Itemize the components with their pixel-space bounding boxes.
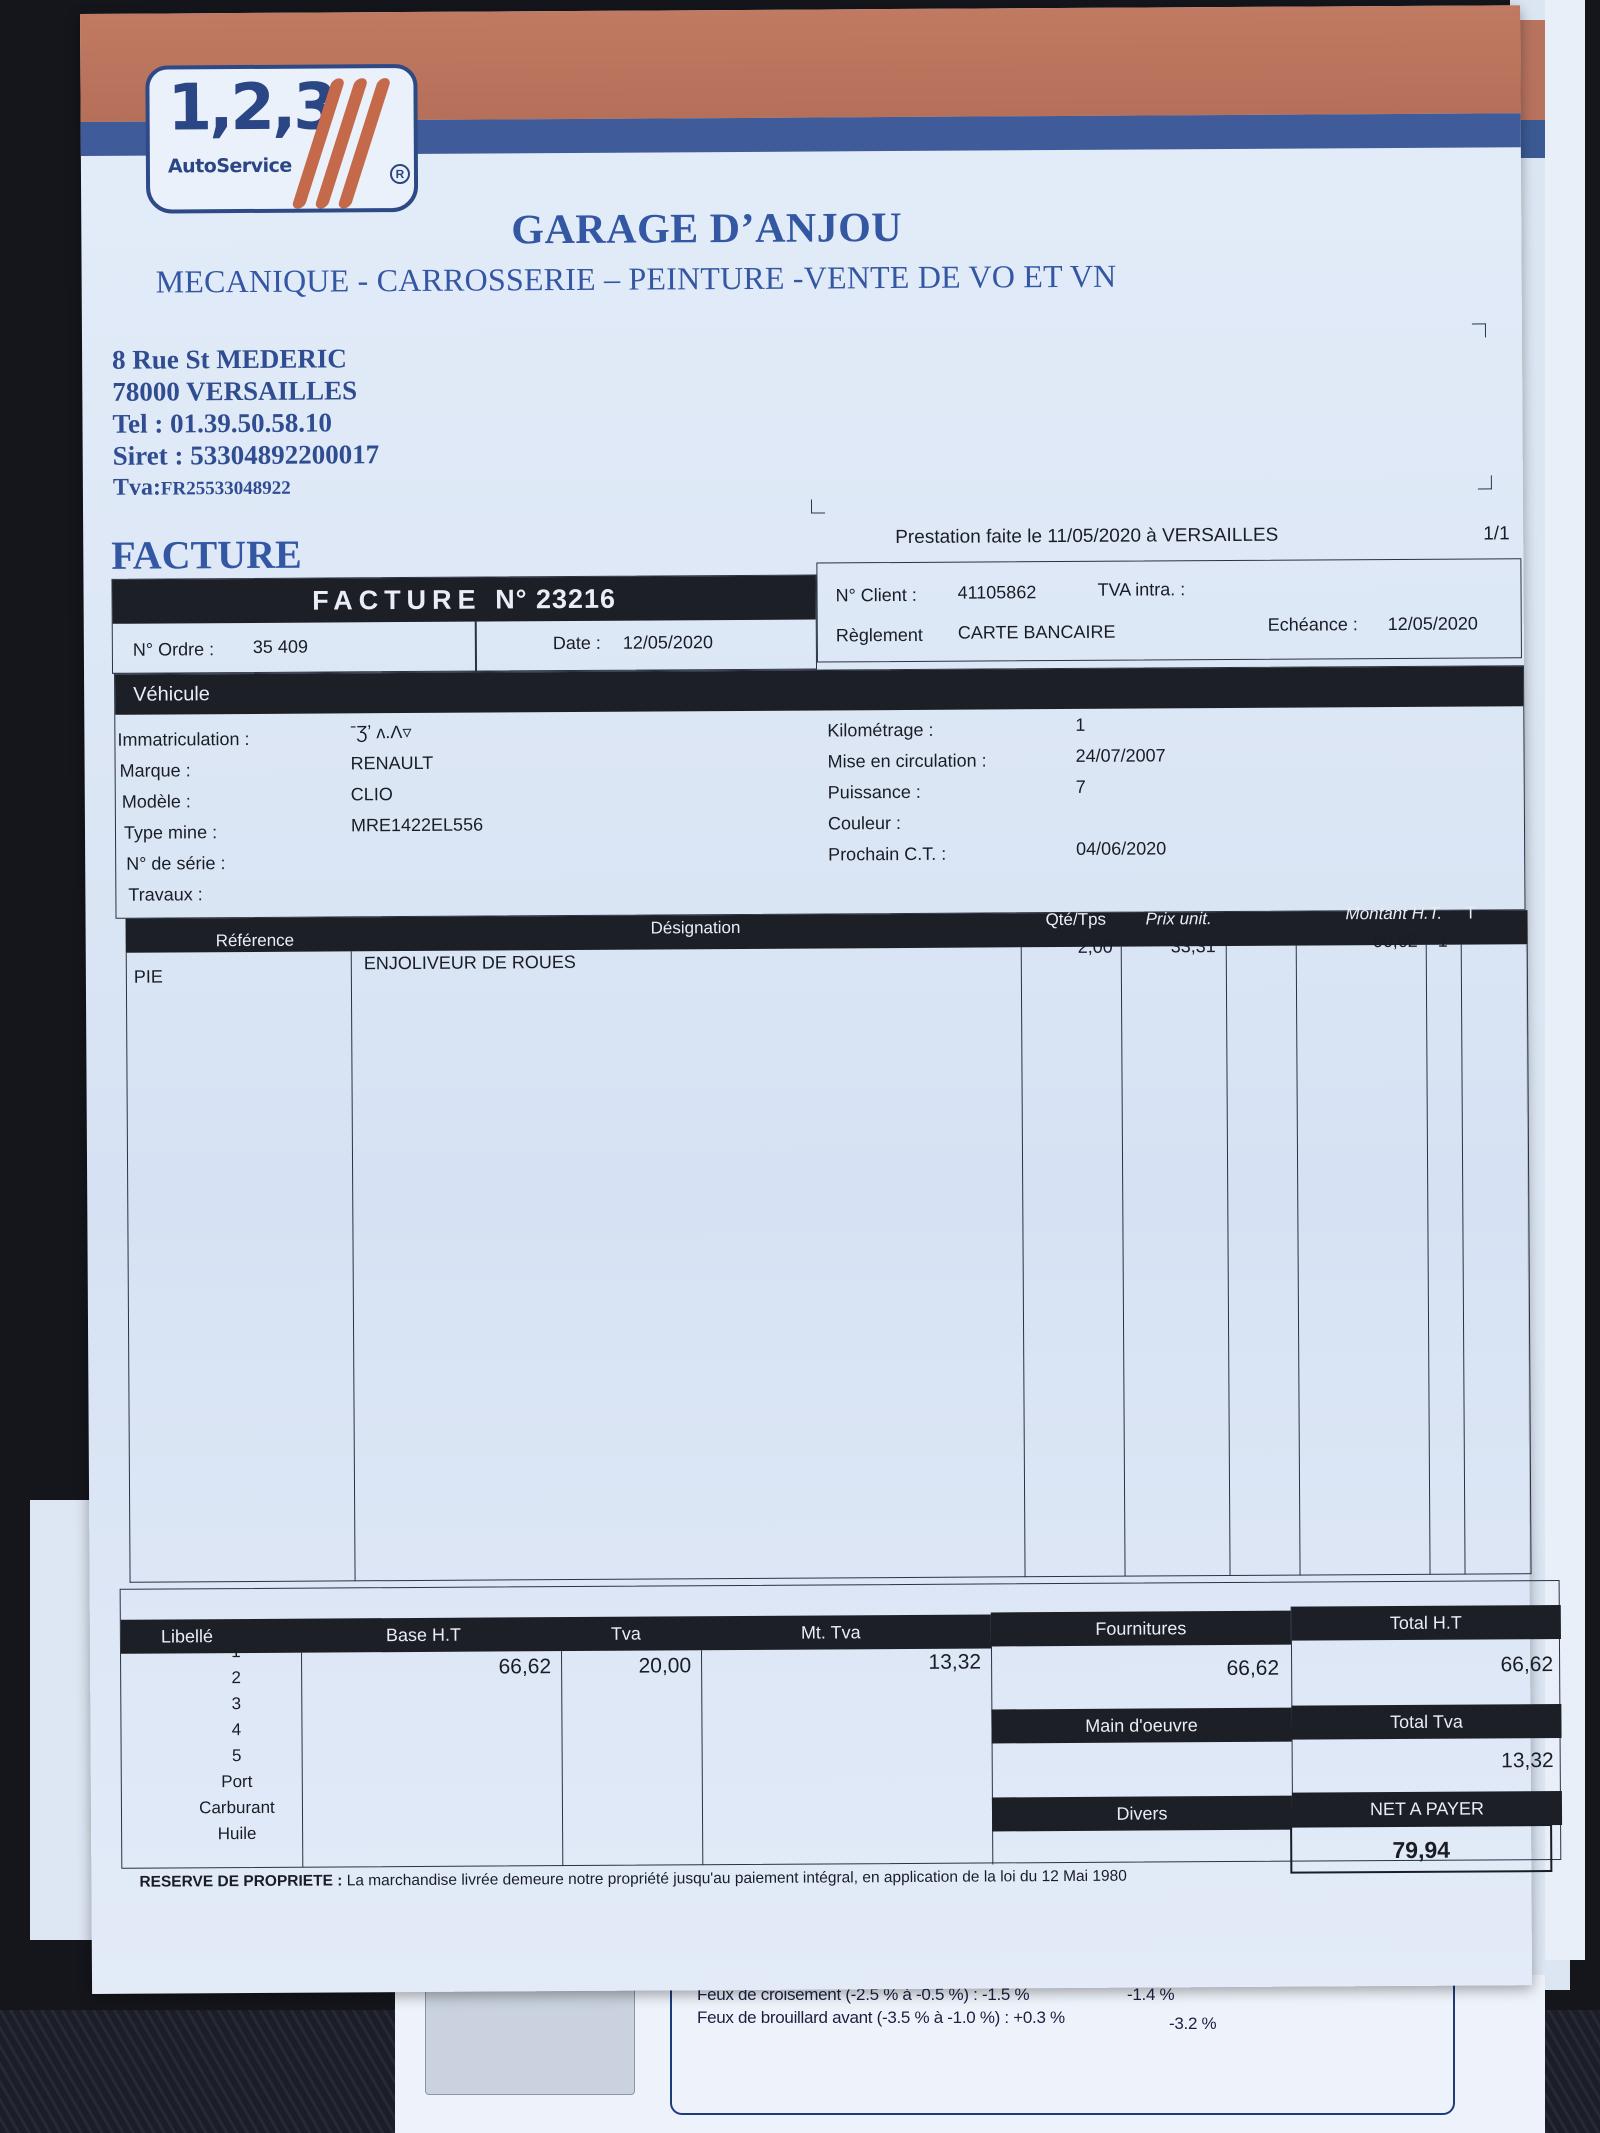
address-tva-value: FR25533048922 [161, 478, 291, 500]
payment-value: CARTE BANCAIRE [958, 622, 1116, 644]
page-number: 1/1 [1483, 523, 1510, 545]
date-label: Date : [553, 633, 601, 654]
garage-address: 8 Rue St MEDERIC 78000 VERSAILLES Tel : … [112, 342, 379, 506]
net-a-payer-box: 79,94 [1290, 1824, 1552, 1874]
registered-icon: R [390, 164, 410, 184]
logo-numbers: 1,2,3 [167, 70, 335, 145]
libelle-item: Carburant [152, 1795, 322, 1822]
vehicle-field-label: Marque : [120, 760, 191, 781]
vehicle-field-label: Mise en circulation : [828, 750, 987, 772]
address-phone: Tel : 01.39.50.58.10 [112, 406, 379, 440]
order-label: N° Ordre : [133, 639, 214, 660]
net-a-payer-value: 79,94 [1292, 1836, 1550, 1865]
libelle-item: 1 [151, 1639, 321, 1666]
window-corner-mark [1478, 475, 1492, 489]
vehicle-field-label: N° de série : [126, 853, 225, 875]
invoice-number-box: FACTURE N° 23216 N° Ordre : 35 409 Date … [111, 575, 817, 674]
address-siret: Siret : 53304892200017 [113, 438, 380, 472]
total-ht-value: 66,62 [1301, 1653, 1553, 1679]
vehicle-title: Véhicule [115, 666, 1523, 715]
col-tva-code: T [1465, 896, 1476, 930]
item-reference: PIE [134, 967, 163, 988]
invoice-sheet: 1,2,3 AutoService R GARAGE D’ANJOU MECAN… [80, 5, 1532, 1994]
total-tva-header: Total Tva [1291, 1704, 1561, 1740]
address-street: 8 Rue St MEDERIC [112, 342, 379, 376]
totals-section: Libellé Base H.T Tva Mt. Tva 12345PortCa… [120, 1580, 1562, 1869]
address-city: 78000 VERSAILLES [112, 374, 379, 408]
vehicle-field-label: Kilométrage : [827, 720, 933, 742]
total-ht-header: Total H.T [1291, 1605, 1561, 1641]
tva-rate-value: 20,00 [571, 1654, 691, 1679]
invoice-number-label: FACTURE [312, 585, 482, 616]
items-table: Référence Désignation Qté/Tps Prix unit.… [116, 910, 1560, 1584]
col-designation: Désignation [650, 911, 740, 946]
vehicle-field-value: MRE1422EL556 [351, 815, 483, 837]
vehicle-box: Véhicule Immatriculation :ˉƷʼ ʌ.Ʌ▿Marque… [114, 665, 1525, 919]
prestation-text: Prestation faite le 11/05/2020 à VERSAIL… [895, 525, 1278, 549]
col-amount: Montant H.T. [1345, 897, 1442, 932]
client-label: N° Client : [836, 585, 917, 606]
libelle-item: 2 [151, 1665, 321, 1692]
vehicle-field-value: CLIO [351, 784, 393, 805]
invoice-number: N° 23216 [495, 584, 616, 615]
col-tva-rate: Tva [611, 1617, 641, 1651]
address-tva-label: Tva: [113, 475, 161, 501]
autoservice-logo: 1,2,3 AutoService R [145, 64, 418, 214]
col-base-ht: Base H.T [386, 1618, 461, 1652]
vehicle-field-label: Modèle : [122, 791, 191, 812]
vehicle-field-label: Immatriculation : [117, 729, 249, 751]
divers-header: Divers [992, 1796, 1292, 1832]
vehicle-field-value: RENAULT [351, 753, 434, 775]
due-date-value: 12/05/2020 [1388, 613, 1478, 635]
vehicle-field-value: 24/07/2007 [1075, 745, 1165, 767]
main-oeuvre-value [1002, 1753, 1280, 1755]
vehicle-field-label: Prochain C.T. : [828, 844, 946, 866]
logo-brand: AutoService [168, 155, 292, 178]
envelope-window [425, 1985, 635, 2095]
document-title: FACTURE [111, 531, 302, 579]
base-ht-value: 66,62 [361, 1655, 551, 1680]
due-date-label: Echéance : [1268, 614, 1358, 636]
vehicle-field-label: Couleur : [828, 813, 901, 834]
vehicle-field-value: 1 [1075, 715, 1085, 736]
libelle-item: 5 [152, 1743, 322, 1770]
libelle-item: 4 [151, 1717, 321, 1744]
vehicle-field-value: ˉƷʼ ʌ.Ʌ▿ [350, 722, 411, 743]
col-qty: Qté/Tps [1045, 903, 1106, 937]
item-designation: ENJOLIVEUR DE ROUES [364, 952, 576, 974]
item-amount: 66,62 [1306, 931, 1418, 953]
client-value: 41105862 [957, 582, 1036, 603]
fournitures-value: 66,62 [1001, 1657, 1279, 1683]
vehicle-field-label: Type mine : [124, 822, 217, 844]
date-value: 12/05/2020 [623, 632, 713, 654]
net-a-payer-header: NET A PAYER [1292, 1791, 1562, 1827]
libelle-item: Port [152, 1769, 322, 1796]
payment-label: Règlement [836, 625, 923, 647]
vehicle-field-label: Travaux : [128, 884, 202, 905]
fournitures-header: Fournitures [991, 1611, 1291, 1647]
window-corner-mark [811, 499, 825, 513]
reserve-text: La marchandise livrée demeure notre prop… [342, 1868, 1127, 1890]
tva-intra-label: TVA intra. : [1097, 579, 1185, 601]
client-box: N° Client : 41105862 TVA intra. : Règlem… [816, 558, 1522, 662]
vehicle-field-value: 04/06/2020 [1076, 838, 1166, 860]
vehicle-field-label: Puissance : [828, 782, 921, 804]
garage-tagline: MECANIQUE - CARROSSERIE – PEINTURE -VENT… [156, 258, 1117, 301]
reserve-propriete-notice: RESERVE DE PROPRIETE : La marchandise li… [139, 1868, 1127, 1892]
invoice-number-bar: FACTURE N° 23216 [112, 576, 815, 624]
total-tva-value: 13,32 [1302, 1749, 1554, 1775]
col-mt-tva: Mt. Tva [801, 1615, 861, 1649]
libelle-item: 3 [151, 1691, 321, 1718]
reserve-label: RESERVE DE PROPRIETE : [139, 1872, 342, 1890]
garage-name: GARAGE D’ANJOU [511, 204, 902, 254]
libelle-item: Huile [152, 1821, 322, 1848]
item-tva-code: 1 [1438, 931, 1448, 952]
col-unit-price: Prix unit. [1145, 902, 1211, 936]
mt-tva-value: 13,32 [721, 1651, 981, 1677]
main-oeuvre-header: Main d'oeuvre [991, 1708, 1291, 1744]
window-corner-mark [1472, 323, 1486, 337]
item-unit-price: 33,31 [1131, 936, 1216, 958]
fog-light-text: Feux de brouillard avant (-3.5 % à -1.0 … [697, 2008, 1065, 2027]
item-qty: 2,00 [1031, 937, 1113, 959]
order-value: 35 409 [253, 637, 308, 658]
vehicle-field-value: 7 [1076, 777, 1086, 798]
lower-document: Feux de croisement (-2.5 % à -0.5 %) : -… [395, 1975, 1545, 2133]
headlight-low-beam-value: -1.4 % [1127, 1985, 1174, 2005]
fog-light-value: -3.2 % [1169, 2014, 1216, 2034]
